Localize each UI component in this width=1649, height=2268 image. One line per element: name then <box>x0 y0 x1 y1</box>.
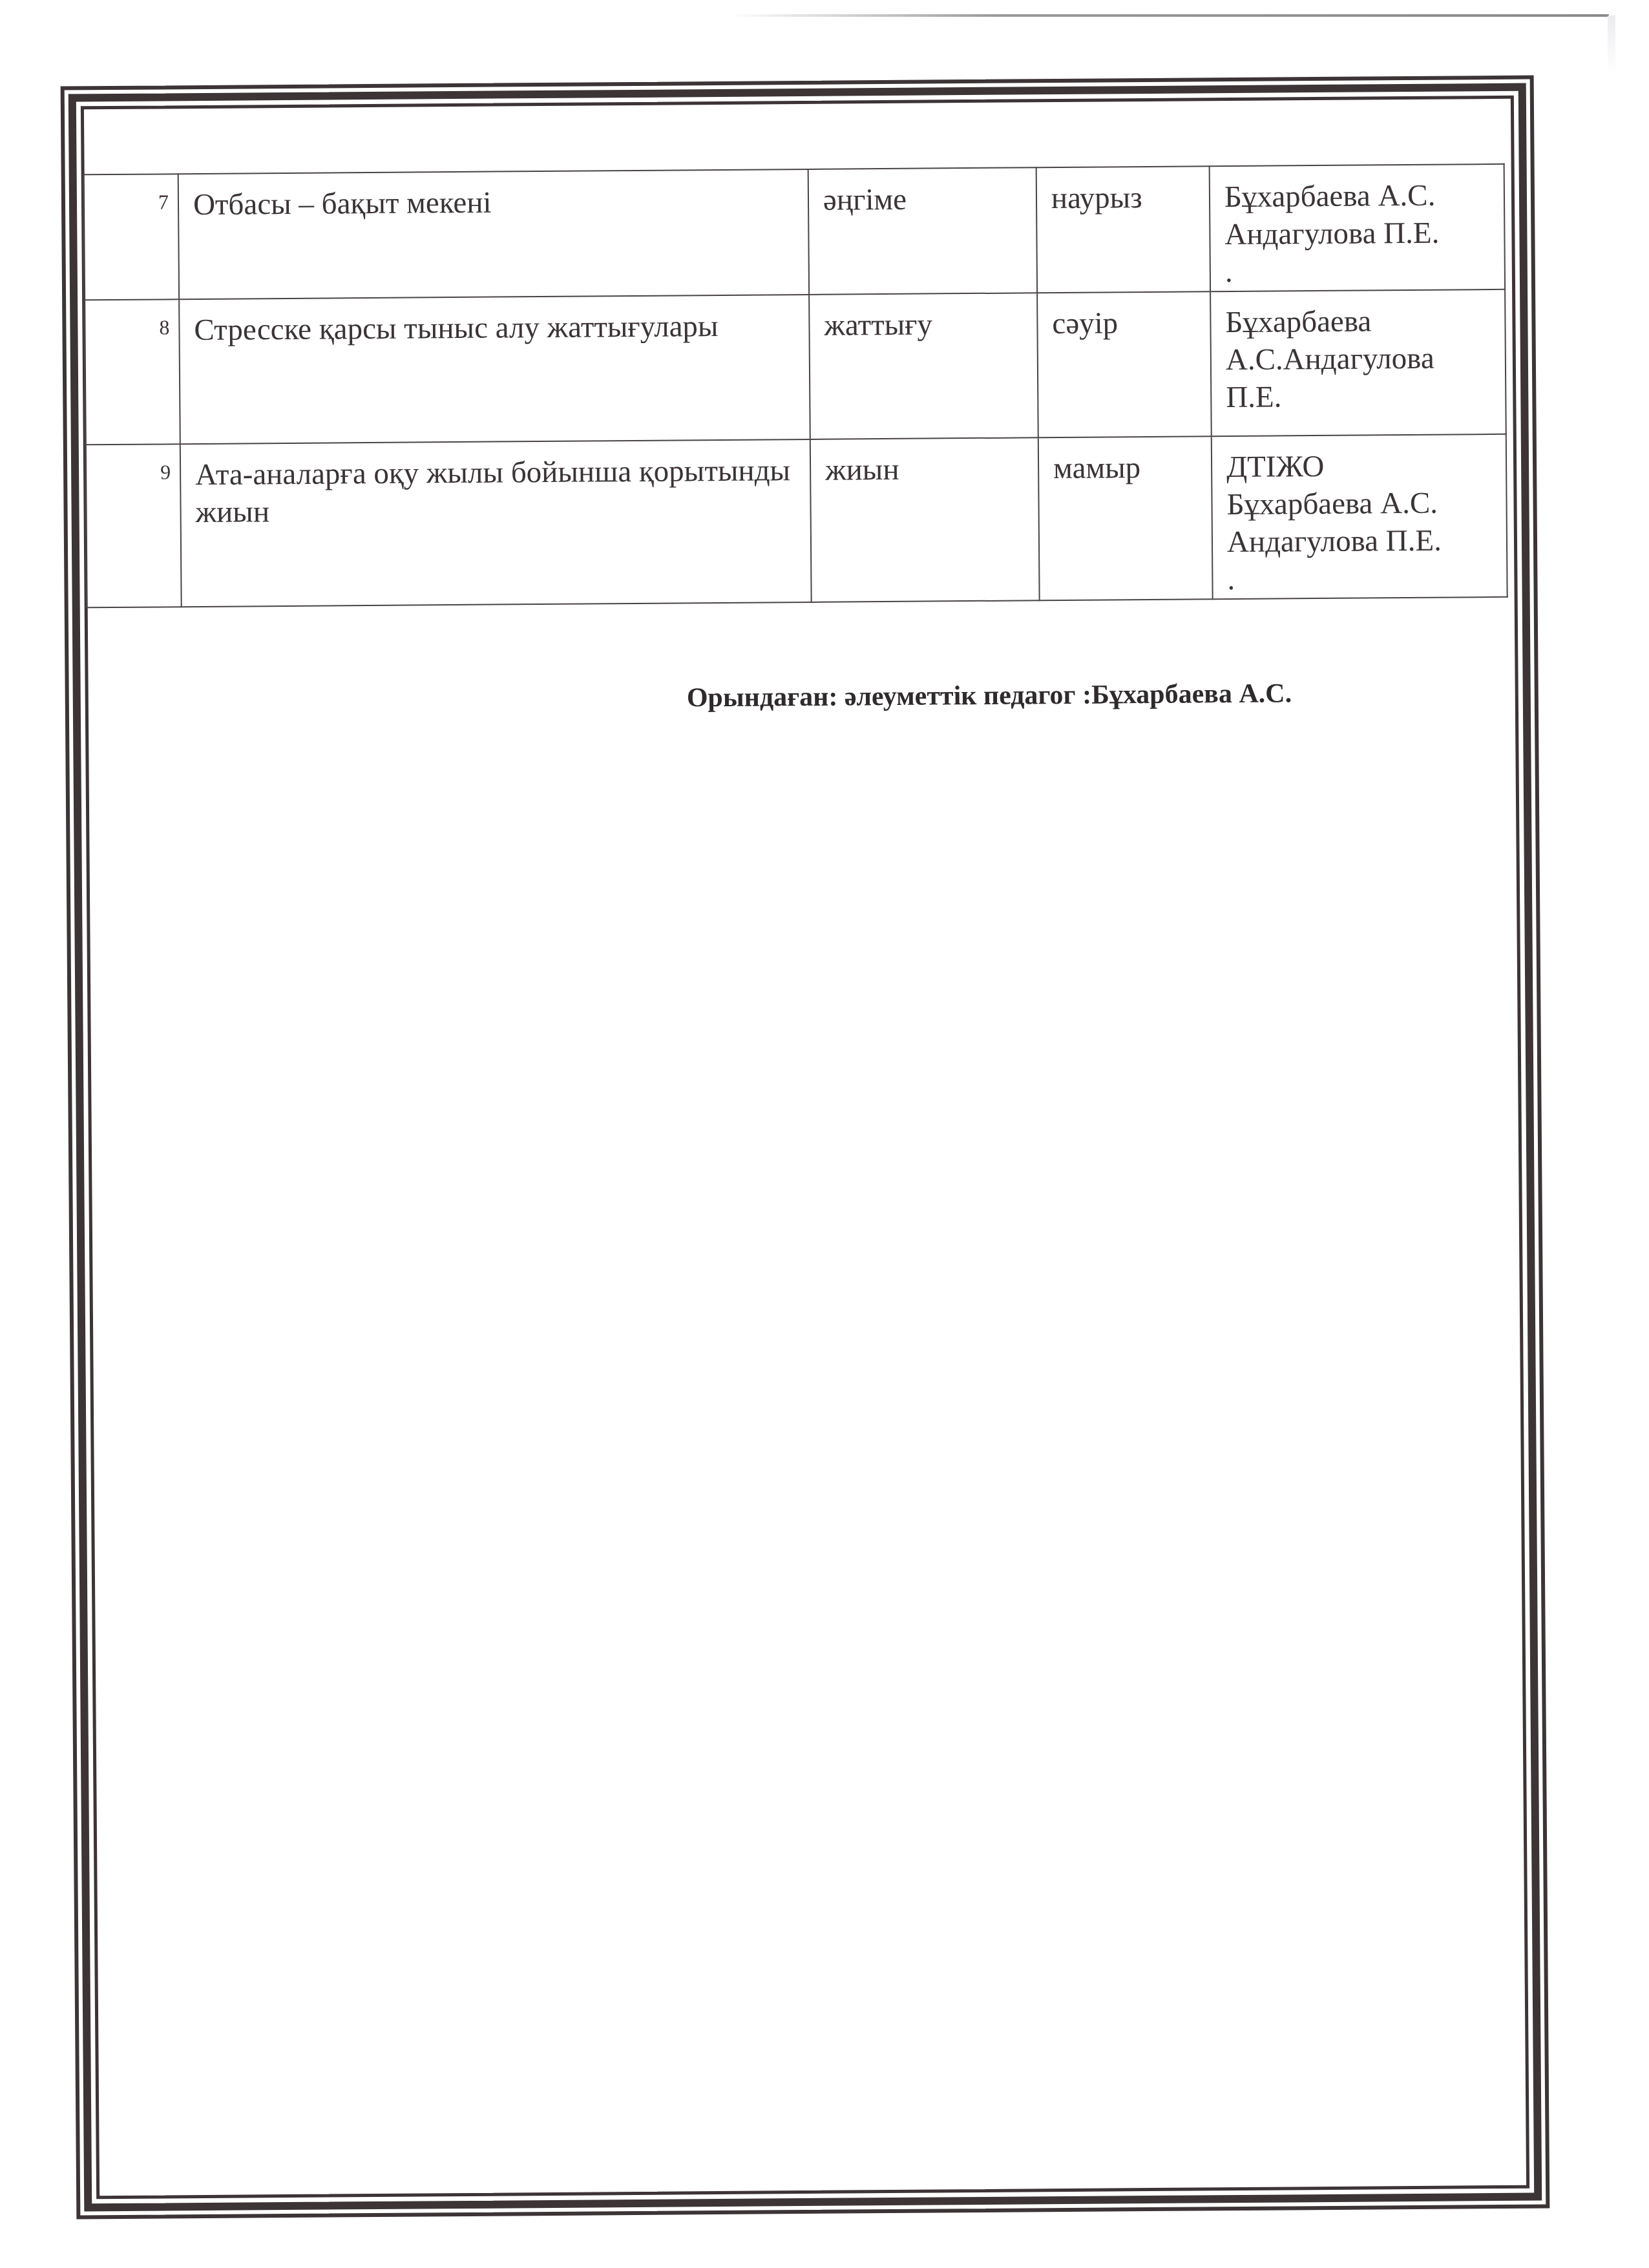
responsible-line: ДТІЖО <box>1226 446 1491 486</box>
responsible-line: Бұхарбаева А.С. <box>1224 176 1489 216</box>
table-row: 9 Ата-аналарға оқу жылы бойынша қорытынд… <box>85 434 1507 607</box>
event-title: Отбасы – бақыт мекені <box>178 169 809 299</box>
responsible-line: Бұхарбаева <box>1225 302 1490 341</box>
responsible-line: . <box>1227 559 1492 598</box>
table-row: 8 Стресске қарсы тыныс алу жаттығулары ж… <box>84 289 1506 445</box>
row-number: 7 <box>83 174 179 300</box>
event-title: Стресске қарсы тыныс алу жаттығулары <box>179 295 810 444</box>
events-plan-table: 7 Отбасы – бақыт мекені әңгіме наурыз Бұ… <box>83 163 1508 608</box>
event-form: жиын <box>810 437 1040 602</box>
responsible-line: П.Е. <box>1226 377 1491 416</box>
page-content: 7 Отбасы – бақыт мекені әңгіме наурыз Бұ… <box>84 99 1526 2196</box>
responsible-line: Андагулова П.Е. <box>1227 521 1492 561</box>
event-responsible: Бұхарбаева А.С.Андагулова П.Е. <box>1210 289 1506 436</box>
event-month: сәуір <box>1037 291 1212 437</box>
row-number: 8 <box>84 299 180 445</box>
signature-line: Орындаған: әлеуметтік педагог :Бұхарбаев… <box>687 678 1292 713</box>
responsible-line: Андагулова П.Е. <box>1224 214 1489 253</box>
responsible-line: Бұхарбаева А.С. <box>1226 484 1491 523</box>
event-title: Ата-аналарға оқу жылы бойынша қорытынды … <box>180 439 812 607</box>
event-responsible: Бұхарбаева А.С. Андагулова П.Е. . <box>1210 164 1505 291</box>
responsible-line: . <box>1225 251 1490 291</box>
event-form: әңгіме <box>808 167 1037 295</box>
event-month: мамыр <box>1038 436 1213 600</box>
event-month: наурыз <box>1036 166 1210 293</box>
row-number: 9 <box>85 444 182 607</box>
event-responsible: ДТІЖО Бұхарбаева А.С. Андагулова П.Е. . <box>1212 434 1507 599</box>
scan-page-edge-top <box>730 14 1609 17</box>
scan-page-edge-right <box>1608 16 1615 74</box>
responsible-line: А.С.Андагулова <box>1226 339 1491 379</box>
event-form: жаттығу <box>809 293 1038 439</box>
document-page: 7 Отбасы – бақыт мекені әңгіме наурыз Бұ… <box>61 75 1550 2219</box>
table-row: 7 Отбасы – бақыт мекені әңгіме наурыз Бұ… <box>83 164 1505 300</box>
